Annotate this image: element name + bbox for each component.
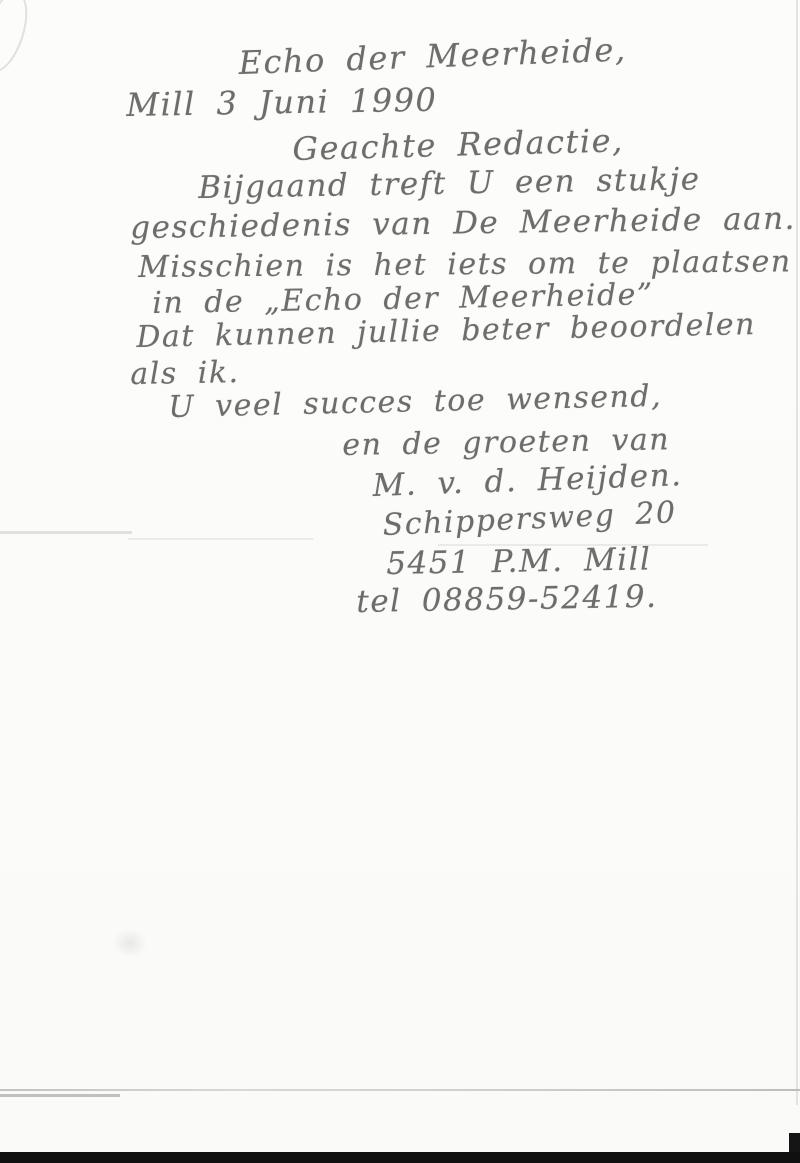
scan-corner-mark — [0, 0, 36, 78]
scan-bottom-black-bar — [0, 1152, 800, 1163]
letter-body-line-3: Misschien is het iets om te plaatsen — [138, 244, 792, 285]
letter-body-line-1: Bijgaand treft U een stukje — [198, 161, 701, 206]
signature-postal-city: 5451 P.M. Mill — [386, 541, 652, 582]
letter-salutation: Geachte Redactie, — [292, 121, 624, 168]
letter-body-line-6: als ik. — [130, 355, 240, 392]
scan-smudge — [112, 928, 148, 958]
letter-body-line-2: geschiedenis van De Meerheide aan. — [130, 201, 796, 246]
scan-right-edge-line — [796, 0, 798, 1105]
letter-heading-addressee: Echo der Meerheide, — [238, 30, 627, 82]
scan-streak — [128, 538, 313, 540]
scanned-letter-page: Echo der Meerheide, Mill 3 Juni 1990 Gea… — [0, 0, 800, 1163]
scan-dash-marks — [0, 1094, 120, 1097]
signature-street: Schippersweg 20 — [382, 495, 677, 543]
letter-place-date: Mill 3 Juni 1990 — [126, 81, 438, 124]
letter-closing-line-1: U veel succes toe wensend, — [168, 379, 662, 425]
scan-horizontal-line — [0, 1089, 800, 1091]
scan-streak — [0, 531, 132, 534]
letter-closing-line-2: en de groeten van — [342, 422, 670, 463]
signature-phone: tel 08859-52419. — [356, 579, 658, 620]
scan-streak — [438, 544, 708, 546]
